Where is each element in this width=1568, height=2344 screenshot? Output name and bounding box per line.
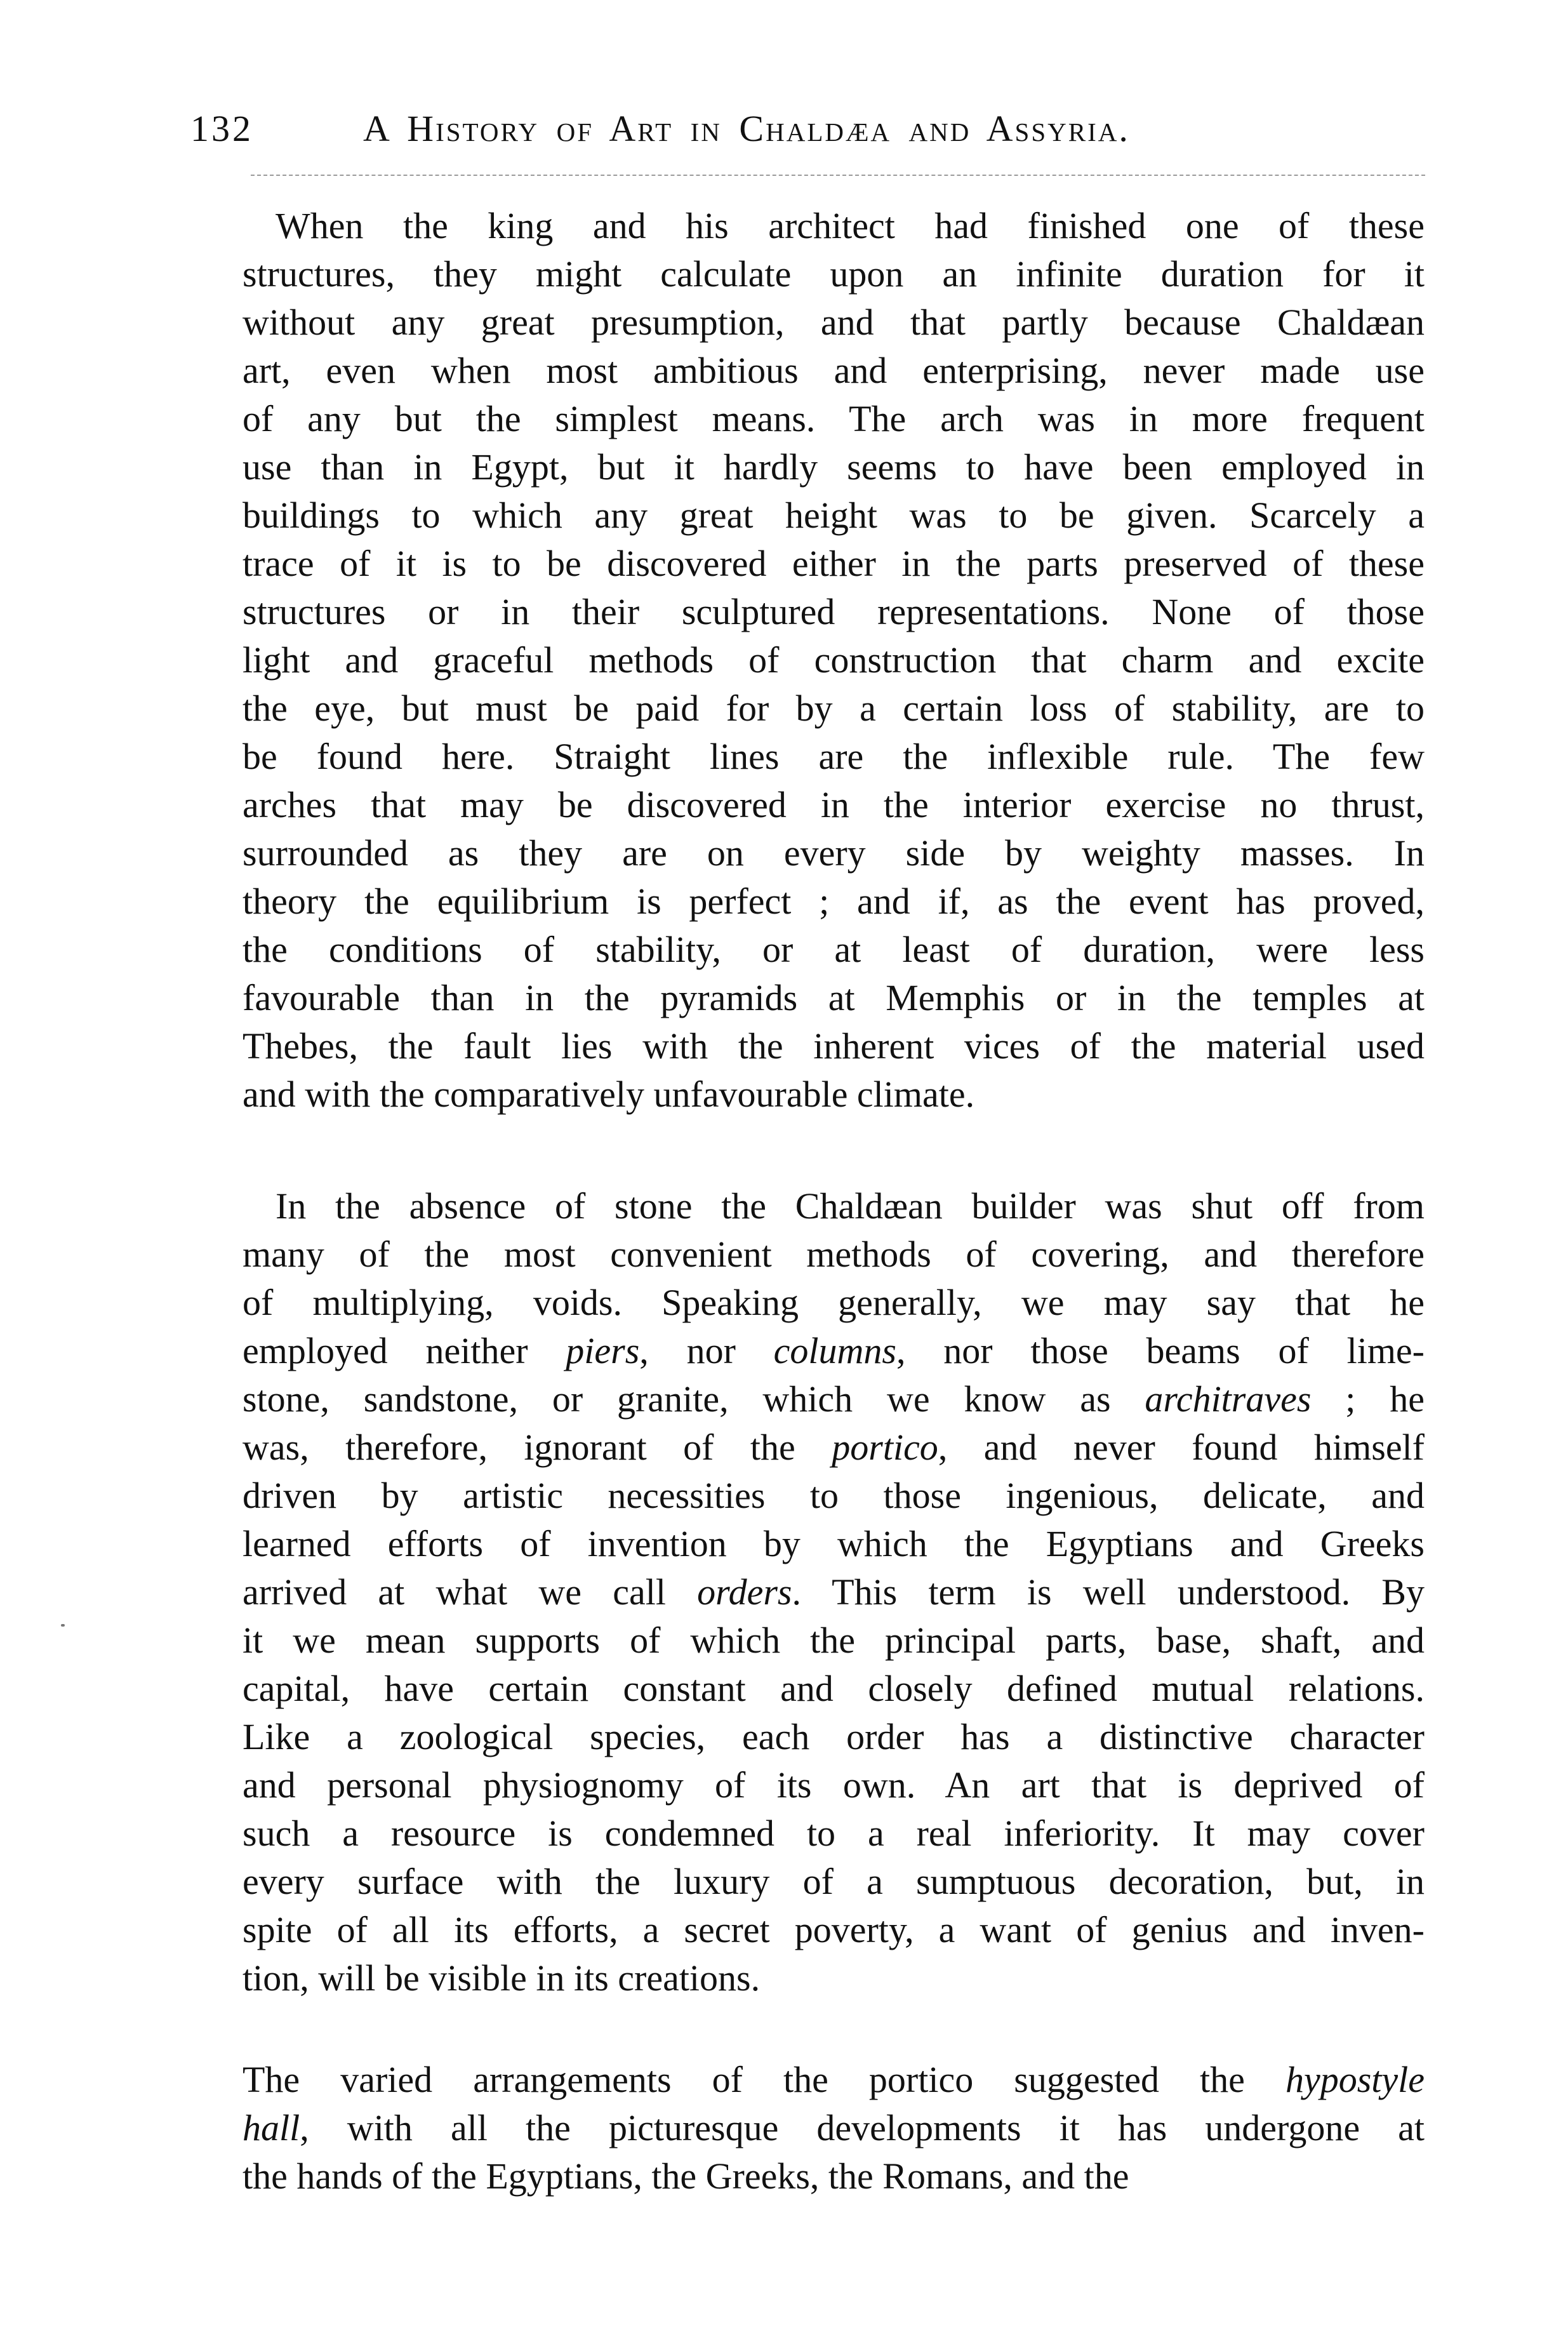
text-line: it we mean supports of which the princip… <box>243 1616 1425 1665</box>
text-line: trace of it is to be discovered either i… <box>243 540 1425 588</box>
text-line: favourable than in the pyramids at Memph… <box>243 974 1425 1022</box>
text-line: structures or in their sculptured repres… <box>243 588 1425 636</box>
text-line: buildings to which any great height was … <box>243 491 1425 540</box>
text-line: When the king and his architect had fini… <box>243 202 1425 250</box>
header-rule <box>251 175 1425 176</box>
text-line: and personal physiognomy of its own. An … <box>243 1761 1425 1809</box>
text-line: theory the equilibrium is perfect ; and … <box>243 877 1425 926</box>
text-line: stone, sandstone, or granite, which we k… <box>243 1375 1425 1423</box>
italic-term: hall <box>243 2107 300 2148</box>
paragraph-3: The varied arrangements of the portico s… <box>243 2056 1425 2201</box>
italic-term: hypostyle <box>1286 2059 1425 2100</box>
italic-term: portico <box>832 1427 938 1468</box>
text-line: the conditions of stability, or at least… <box>243 926 1425 974</box>
italic-term: columns <box>774 1330 896 1371</box>
text-line: employed neither piers, nor columns, nor… <box>243 1327 1425 1375</box>
text-line: hall, with all the picturesque developme… <box>243 2104 1425 2152</box>
text-line: and with the comparatively unfavourable … <box>243 1070 1425 1119</box>
running-head: 132 A History of Art in Chaldæa and Assy… <box>190 107 1435 151</box>
text-line: was, therefore, ignorant of the portico,… <box>243 1423 1425 1472</box>
italic-term: orders <box>697 1571 792 1613</box>
paragraph-2: In the absence of stone the Chaldæan bui… <box>243 1182 1425 2002</box>
text-line: driven by artistic necessities to those … <box>243 1472 1425 1520</box>
text-line: arrived at what we call orders. This ter… <box>243 1568 1425 1616</box>
text-line: without any great presumption, and that … <box>243 298 1425 347</box>
paragraph-1: When the king and his architect had fini… <box>243 202 1425 1119</box>
text-line: art, even when most ambitious and enterp… <box>243 347 1425 395</box>
text-line: learned efforts of invention by which th… <box>243 1520 1425 1568</box>
text-line: In the absence of stone the Chaldæan bui… <box>243 1182 1425 1230</box>
text-line: structures, they might calculate upon an… <box>243 250 1425 298</box>
text-line: every surface with the luxury of a sumpt… <box>243 1858 1425 1906</box>
text-line: spite of all its efforts, a secret pover… <box>243 1906 1425 1954</box>
text-line: such a resource is condemned to a real i… <box>243 1809 1425 1858</box>
text-line: Thebes, the fault lies with the inherent… <box>243 1022 1425 1070</box>
italic-term: architraves <box>1145 1378 1311 1420</box>
italic-term: piers <box>566 1330 639 1371</box>
page-number: 132 <box>190 107 253 151</box>
text-line: many of the most convenient methods of c… <box>243 1230 1425 1279</box>
margin-speck <box>61 1624 65 1627</box>
text-line: the hands of the Egyptians, the Greeks, … <box>243 2152 1425 2201</box>
book-page: 132 A History of Art in Chaldæa and Assy… <box>0 0 1568 2344</box>
text-line: tion, will be visible in its creations. <box>243 1954 1425 2002</box>
text-line: be found here. Straight lines are the in… <box>243 733 1425 781</box>
text-line: capital, have certain constant and close… <box>243 1665 1425 1713</box>
running-title: A History of Art in Chaldæa and Assyria. <box>363 107 1130 151</box>
text-line: use than in Egypt, but it hardly seems t… <box>243 443 1425 491</box>
text-line: light and graceful methods of constructi… <box>243 636 1425 684</box>
text-line: Like a zoological species, each order ha… <box>243 1713 1425 1761</box>
text-line: of any but the simplest means. The arch … <box>243 395 1425 443</box>
text-line: the eye, but must be paid for by a certa… <box>243 684 1425 733</box>
text-line: arches that may be discovered in the int… <box>243 781 1425 829</box>
text-line: The varied arrangements of the portico s… <box>243 2056 1425 2104</box>
text-line: of multiplying, voids. Speaking generall… <box>243 1279 1425 1327</box>
text-line: surrounded as they are on every side by … <box>243 829 1425 877</box>
